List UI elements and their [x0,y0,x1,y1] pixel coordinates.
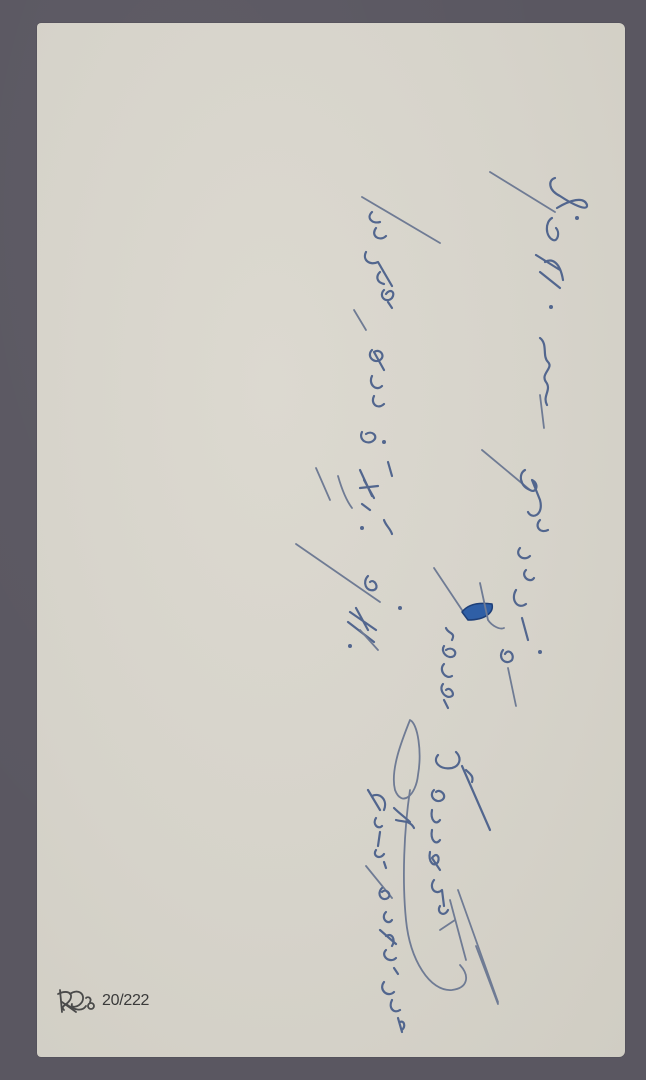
handwritten-inscription [0,0,646,1080]
handwriting-line-3 [430,752,498,1004]
handwriting-line-1 [482,172,587,706]
handwriting-line-5 [296,197,440,650]
catalog-number: 20/222 [102,992,149,1010]
monogram-logo-icon [56,986,98,1016]
handwriting-line-4 [366,790,404,1032]
handwriting-line-2 [434,568,504,708]
catalog-stamp: 20/222 [56,986,149,1016]
